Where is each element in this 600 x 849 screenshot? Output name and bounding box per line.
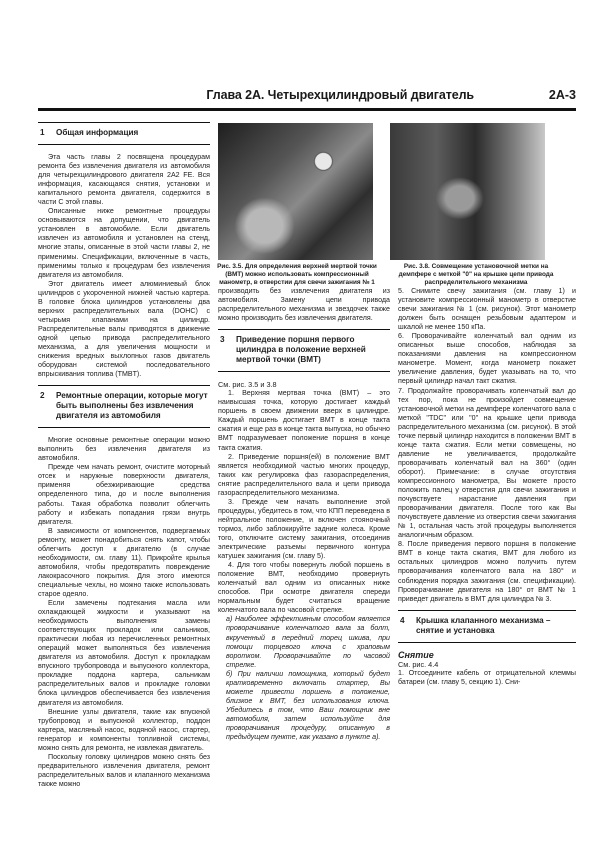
paragraph: Описанные ниже ремонтные процедуры основ… [38, 207, 210, 279]
paragraph: 1. Отсоедините кабель от отрицательной к… [398, 669, 576, 687]
paragraph: Внешние узлы двигателя, такие как впускн… [38, 708, 210, 753]
paragraph: Если замечены подтекания масла или охлаж… [38, 599, 210, 708]
page-number: 2А-3 [520, 88, 576, 102]
list-item: а) Наиболее эффективным способом являетс… [218, 615, 390, 669]
figure-caption-3-5: Рис. 3.5. Для определения верхней мертво… [213, 263, 381, 287]
paragraph: В зависимости от компонентов, подвергаем… [38, 527, 210, 599]
figure-caption-3-8: Рис. 3.8. Совмещение установочной метки … [388, 263, 564, 287]
middle-column: производить без извлечения двигателя из … [218, 287, 390, 742]
section-heading-4: 4 Крышка клапанного механизма – снятие и… [398, 610, 576, 643]
right-column: 5. Снимите свечу зажигания (см. главу 1)… [398, 287, 576, 687]
figure-reference: См. рис. 3.5 и 3.8 [218, 380, 390, 389]
paragraph: Этот двигатель имеет алюминиевый блок ци… [38, 280, 210, 380]
section-number: 4 [398, 616, 416, 636]
chapter-title: Глава 2А. Четырехцилиндровый двигатель [38, 88, 474, 102]
paragraph: Многие основные ремонтные операции можно… [38, 436, 210, 463]
paragraph: Эта часть главы 2 посвящена процедурам р… [38, 153, 210, 207]
list-item: б) При наличии помощника, который будет … [218, 670, 390, 742]
paragraph: 3. Прежде чем начать выполнение этой про… [218, 498, 390, 561]
section-heading-3: 3 Приведение поршня первого цилиндра в п… [218, 329, 390, 372]
figure-reference: См. рис. 4.4 [398, 660, 576, 669]
section-heading-2: 2 Ремонтные операции, которые могут быть… [38, 385, 210, 428]
paragraph: 8. После приведения первого поршня в пол… [398, 540, 576, 603]
subsection-title: Снятие [398, 651, 576, 660]
paragraph: Прежде чем начать ремонт, очистите мотор… [38, 463, 210, 526]
paragraph: 7. Продолжайте проворачивать коленчатый … [398, 387, 576, 541]
section-title: Крышка клапанного механизма – снятие и у… [416, 616, 576, 636]
paragraph: Поскольку головку цилиндров можно снять … [38, 753, 210, 789]
header-divider [38, 108, 576, 111]
timing-mark-photo [390, 123, 545, 260]
paragraph: 5. Снимите свечу зажигания (см. главу 1)… [398, 287, 576, 332]
section-number: 1 [38, 128, 56, 138]
section-number: 3 [218, 335, 236, 365]
paragraph: 2. Приведение поршня(ей) в положение ВМТ… [218, 453, 390, 498]
section-title: Общая информация [56, 128, 210, 138]
paragraph: производить без извлечения двигателя из … [218, 287, 390, 323]
section-number: 2 [38, 391, 56, 421]
paragraph: 1. Верхняя мертвая точка (ВМТ) – это наи… [218, 389, 390, 452]
paragraph: 6. Проворачивайте коленчатый вал одним и… [398, 332, 576, 386]
section-heading-1: 1 Общая информация [38, 122, 210, 145]
section-title: Ремонтные операции, которые могут быть в… [56, 391, 210, 421]
paragraph: 4. Для того чтобы повернуть любой поршен… [218, 561, 390, 615]
engine-compression-gauge-photo [218, 123, 373, 260]
left-column: 1 Общая информация Эта часть главы 2 пос… [38, 120, 210, 789]
section-title: Приведение поршня первого цилиндра в пол… [236, 335, 390, 365]
